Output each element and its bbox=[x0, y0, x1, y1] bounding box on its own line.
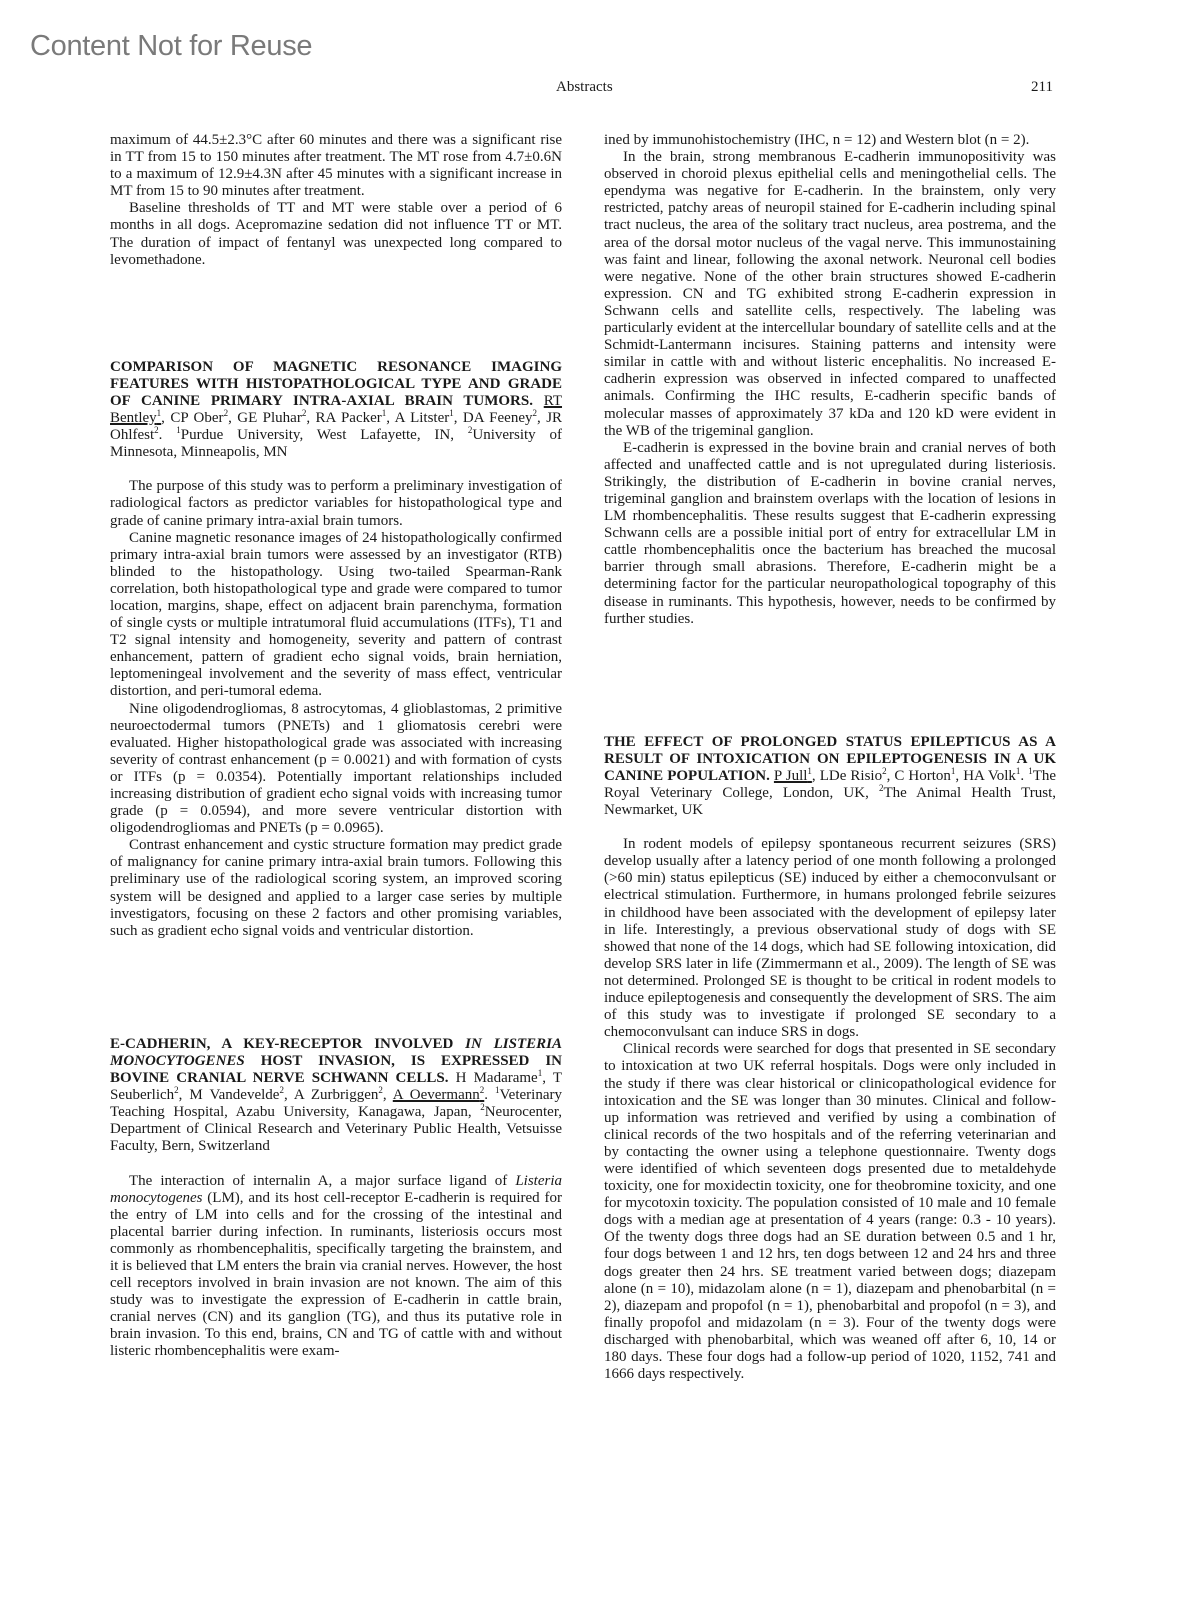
author: A Zurbriggen2 bbox=[294, 1087, 383, 1103]
paragraph: maximum of 44.5±2.3°C after 60 minutes a… bbox=[110, 132, 562, 200]
author: M Vandevelde2 bbox=[189, 1087, 284, 1103]
abstract-heading: THE EFFECT OF PROLONGED STATUS EPILEPTIC… bbox=[604, 734, 1056, 819]
author: C Horton1 bbox=[894, 768, 955, 784]
abstract-mri-brain-tumors: COMPARISON OF MAGNETIC RESONANCE IMAGING… bbox=[110, 359, 562, 940]
abstract-e-cadherin-continued: ined by immunohistochemistry (IHC, n = 1… bbox=[604, 132, 1056, 628]
previous-abstract-continuation: maximum of 44.5±2.3°C after 60 minutes a… bbox=[110, 132, 562, 269]
author: LDe Risio2 bbox=[820, 768, 887, 784]
author: H Madarame1 bbox=[456, 1070, 543, 1086]
running-head: Abstracts 211 bbox=[0, 79, 1200, 99]
right-column: ined by immunohistochemistry (IHC, n = 1… bbox=[604, 132, 1056, 1383]
abstract-heading: COMPARISON OF MAGNETIC RESONANCE IMAGING… bbox=[110, 359, 562, 462]
author: A Litster1 bbox=[395, 410, 454, 426]
running-head-title: Abstracts bbox=[556, 79, 613, 96]
paragraph: ined by immunohistochemistry (IHC, n = 1… bbox=[604, 132, 1056, 149]
paragraph: Canine magnetic resonance images of 24 h… bbox=[110, 530, 562, 701]
abstract-heading: E-CADHERIN, A KEY-RECEPTOR INVOLVED IN L… bbox=[110, 1036, 562, 1156]
affiliation: 1Purdue University, West Lafayette, IN, bbox=[176, 427, 454, 443]
paragraph: E-cadherin is expressed in the bovine br… bbox=[604, 440, 1056, 628]
presenting-author: A Oevermann2 bbox=[393, 1087, 484, 1103]
paragraph: The interaction of internalin A, a major… bbox=[110, 1173, 562, 1361]
paragraph: In rodent models of epilepsy spontaneous… bbox=[604, 836, 1056, 1041]
abstract-e-cadherin: E-CADHERIN, A KEY-RECEPTOR INVOLVED IN L… bbox=[110, 1036, 562, 1361]
paragraph: Baseline thresholds of TT and MT were st… bbox=[110, 200, 562, 268]
abstract-status-epilepticus: THE EFFECT OF PROLONGED STATUS EPILEPTIC… bbox=[604, 734, 1056, 1383]
author: CP Ober2 bbox=[170, 410, 228, 426]
presenting-author: P Jull1 bbox=[774, 768, 812, 784]
author: RA Packer1 bbox=[316, 410, 387, 426]
paragraph: The purpose of this study was to perform… bbox=[110, 478, 562, 529]
left-column: maximum of 44.5±2.3°C after 60 minutes a… bbox=[110, 132, 562, 1361]
paragraph: Contrast enhancement and cystic structur… bbox=[110, 837, 562, 940]
author: GE Pluhar2 bbox=[237, 410, 306, 426]
author: HA Volk1 bbox=[963, 768, 1020, 784]
watermark: Content Not for Reuse bbox=[30, 30, 312, 63]
page-number: 211 bbox=[1031, 79, 1053, 96]
paragraph: Clinical records were searched for dogs … bbox=[604, 1041, 1056, 1383]
abstract-title: COMPARISON OF MAGNETIC RESONANCE IMAGING… bbox=[110, 359, 562, 409]
paragraph: In the brain, strong membranous E-cadher… bbox=[604, 149, 1056, 440]
paragraph: Nine oligodendrogliomas, 8 astrocytomas,… bbox=[110, 701, 562, 838]
author: DA Feeney2 bbox=[463, 410, 537, 426]
